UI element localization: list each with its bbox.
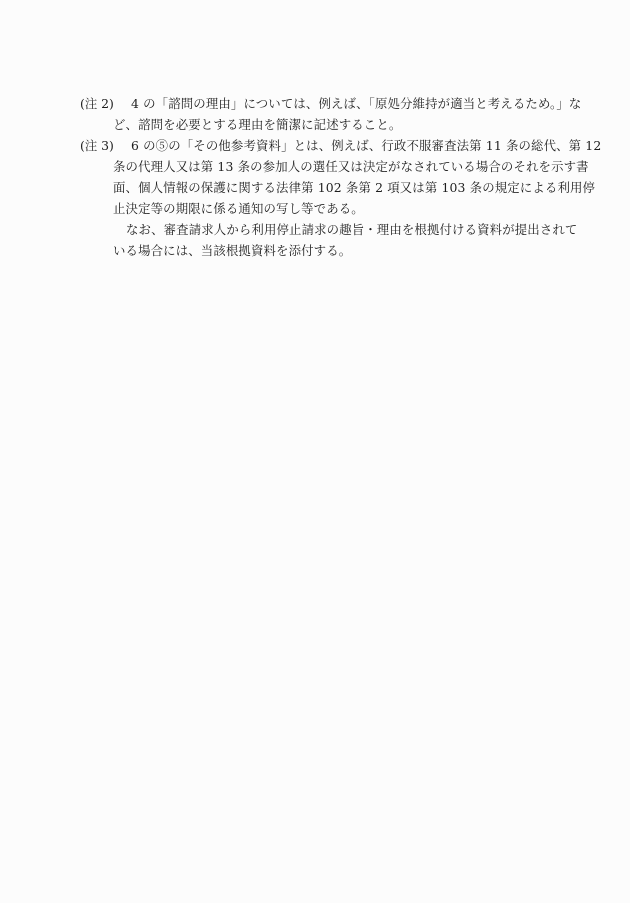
note-2-line-2: ど、諮問を必要とする理由を簡潔に記述すること。 — [113, 117, 401, 133]
note-3-line-2: 条の代理人又は第 13 条の参加人の選任又は決定がなされている場合のそれを示す書 — [113, 159, 589, 175]
document-page: (注 2) 4 の「諮問の理由」については、例えば、「原処分維持が適当と考えるた… — [0, 0, 630, 903]
note-2-line-1: 4 の「諮問の理由」については、例えば、「原処分維持が適当と考えるため。」な — [131, 96, 581, 112]
note-3-line-3: 面、個人情報の保護に関する法律第 102 条第 2 項又は第 103 条の規定に… — [113, 180, 595, 196]
note-3-line-1: 6 の⑤の「その他参考資料」とは、例えば、行政不服審査法第 11 条の総代、第 … — [131, 138, 601, 154]
note-3-line-6: いる場合には、当該根拠資料を添付する。 — [113, 243, 351, 259]
note-2-label: (注 2) — [80, 96, 114, 112]
note-3-label: (注 3) — [80, 138, 114, 154]
note-3-line-4: 止決定等の期限に係る通知の写し等である。 — [113, 201, 364, 217]
note-3-line-5: なお、審査請求人から利用停止請求の趣旨・理由を根拠付ける資料が提出されて — [126, 222, 577, 238]
